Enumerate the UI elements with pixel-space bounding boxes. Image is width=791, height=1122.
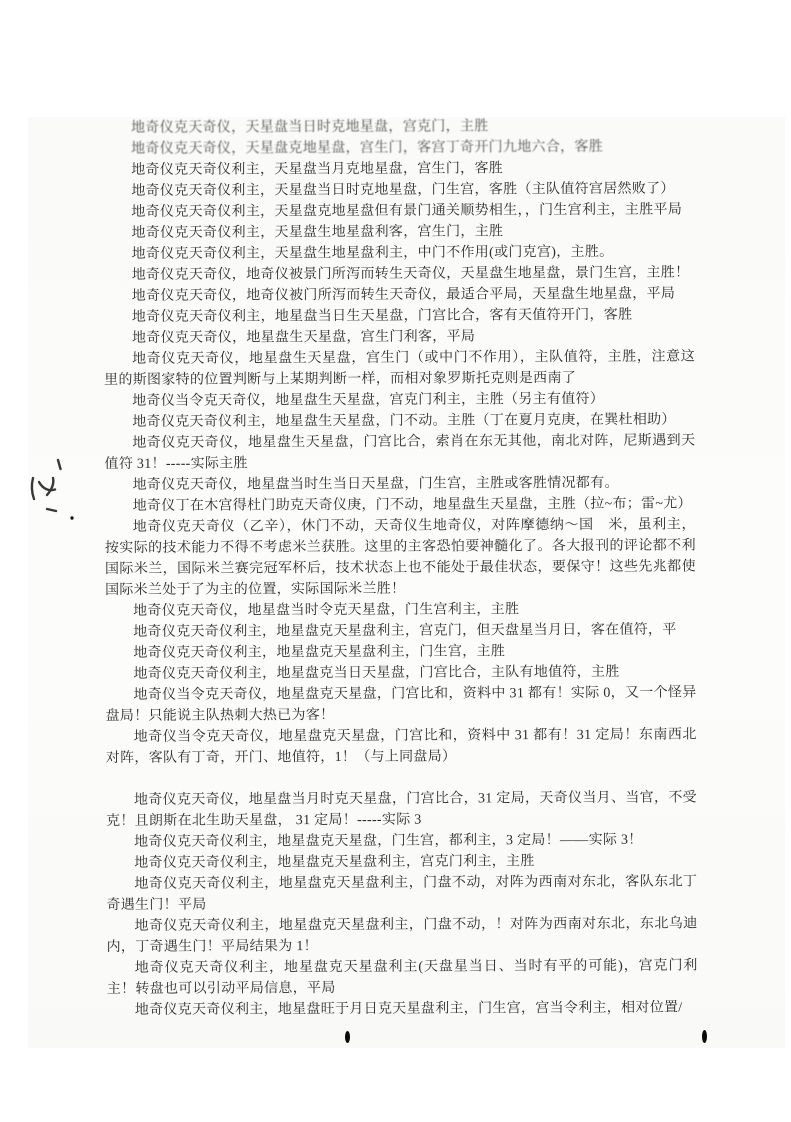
paragraph: 地奇仪克天奇仪利主，地星盘克天星盘利主，宫克门，但天盘星当月日，客在值符，平 — [105, 619, 696, 643]
document-text: 地奇仪克天奇仪，天星盘当日时克地星盘，宫克门，主胜地奇仪克天奇仪，天星盘克地星盘… — [103, 115, 698, 1021]
paragraph: 地奇仪克天奇仪利主，天星盘当月克地星盘，宫生门，客胜 — [103, 157, 694, 181]
paragraph: 地奇仪当令克天奇仪，地星盘生天星盘，宫克门利主，主胜（另主有值符） — [104, 388, 695, 412]
paragraph: 地奇仪克天奇仪利主，天星盘生地星盘利客，宫生门，主胜 — [103, 220, 694, 244]
paragraph: 地奇仪克天奇仪利主，地星盘当日生天星盘，门宫比合，客有天值符开门，客胜 — [104, 304, 695, 328]
paragraph: 地奇仪克天奇仪利主，天星盘克地星盘但有景门通关顺势相生，，门生宫利主，主胜平局 — [103, 199, 694, 223]
paragraph: 地奇仪克天奇仪，地星盘生天星盘，宫生门利客，平局 — [104, 325, 695, 349]
paragraph: 地奇仪克天奇仪，地星盘当时令克天星盘，门生宫利主，主胜 — [105, 598, 696, 622]
paragraph: 地奇仪克天奇仪利主，地星盘克天星盘利主，宫克门利主，主胜 — [106, 850, 697, 874]
paragraph: 地奇仪克天奇仪利主，地星盘克天星盘利主，门盘不动，！对阵为西南对东北，东北乌迪内… — [106, 913, 697, 958]
paragraph: 地奇仪克天奇仪，天星盘当日时克地星盘，宫克门，主胜 — [103, 115, 694, 139]
paragraph: 地奇仪当令克天奇仪，地星盘克天星盘，门宫比和，资料中 31 都有！实际 0，又一… — [105, 682, 696, 727]
paragraph: 地奇仪克天奇仪利主，地星盘克天星盘，门生宫，都利主，3 定局！——实际 3！ — [106, 829, 697, 853]
paragraph: 地奇仪克天奇仪，地星盘当月时克天星盘，门宫比合，31 定局，天奇仪当月、当官，不… — [106, 787, 697, 832]
paragraph: 地奇仪克天奇仪，地奇仪被景门所泻而转生天奇仪，天星盘生地星盘，景门生宫，主胜！ — [104, 262, 695, 286]
paragraph: 地奇仪克天奇仪利主，地星盘克天星盘利主，门生宫，主胜 — [105, 640, 696, 664]
paragraph: 地奇仪克天奇仪利主，地星盘生天星盘，门不动。主胜（丁在夏月克庚，在巽杜相助） — [104, 409, 695, 433]
paragraph: 地奇仪克天奇仪利主，地星盘旺于月日克天星盘利主，门生宫，宫当令利主，相对位置/ — [107, 997, 698, 1021]
paragraph: 地奇仪克天奇仪，地星盘当时生当日天星盘，门生宫，主胜或客胜情况都有。 — [105, 472, 696, 496]
paragraph: 地奇仪克天奇仪利主，地星盘克天星盘利主(天盘星当日、当时有平的可能)，宫克门利主… — [107, 955, 698, 1000]
paragraph: 地奇仪克天奇仪，天星盘克地星盘，宫生门，客宫丁奇开门九地六合，客胜 — [103, 136, 694, 160]
paragraph: 地奇仪克天奇仪利主，地星盘克天星盘利主，门盘不动，对阵为西南对东北，客队东北丁奇… — [106, 871, 697, 916]
scanned-page-canvas: 地奇仪克天奇仪，天星盘当日时克地星盘，宫克门，主胜地奇仪克天奇仪，天星盘克地星盘… — [0, 0, 791, 1122]
paragraph: 地奇仪克天奇仪（乙辛），休门不动，天奇仪生地奇仪，对阵摩德纳～国 米，虽利主，按… — [105, 514, 696, 601]
binding-dot-left — [345, 1031, 350, 1043]
paragraph: 地奇仪克天奇仪，地星盘生天星盘，宫生门（或中门不作用），主队值符，主胜，注意这里… — [104, 346, 695, 391]
paragraph: 地奇仪当令克天奇仪，地星盘克天星盘，门宫比和，资料中 31 都有！31 定局！东… — [106, 724, 697, 769]
paper-sheet: 地奇仪克天奇仪，天星盘当日时克地星盘，宫克门，主胜地奇仪克天奇仪，天星盘克地星盘… — [28, 117, 785, 1048]
paragraph: 地奇仪克天奇仪，地星盘生天星盘，门宫比合，索肖在东无其他，南北对阵，尼斯遇到天值… — [104, 430, 695, 475]
binding-dot-right — [702, 1030, 707, 1043]
paragraph: 地奇仪克天奇仪利主，地星盘克当日天星盘，门宫比合，主队有地值符，主胜 — [105, 661, 696, 685]
paragraph: 地奇仪丁在木宫得杜门助克天奇仪庚，门不动，地星盘生天星盘，主胜（拉~布；雷~尤） — [105, 493, 696, 517]
paragraph: 地奇仪克天奇仪，地奇仪被门所泻而转生天奇仪，最适合平局，天星盘生地星盘，平局 — [104, 283, 695, 307]
ink-speck — [70, 516, 73, 519]
paragraph: 地奇仪克天奇仪利主，天星盘当日时克地星盘，门生宫，客胜（主队值符宫居然败了） — [103, 178, 694, 202]
handwritten-margin-mark — [26, 452, 82, 524]
paragraph: 地奇仪克天奇仪利主，天星盘生地星盘利主，中门不作用(或门克宫)，主胜。 — [104, 241, 695, 265]
